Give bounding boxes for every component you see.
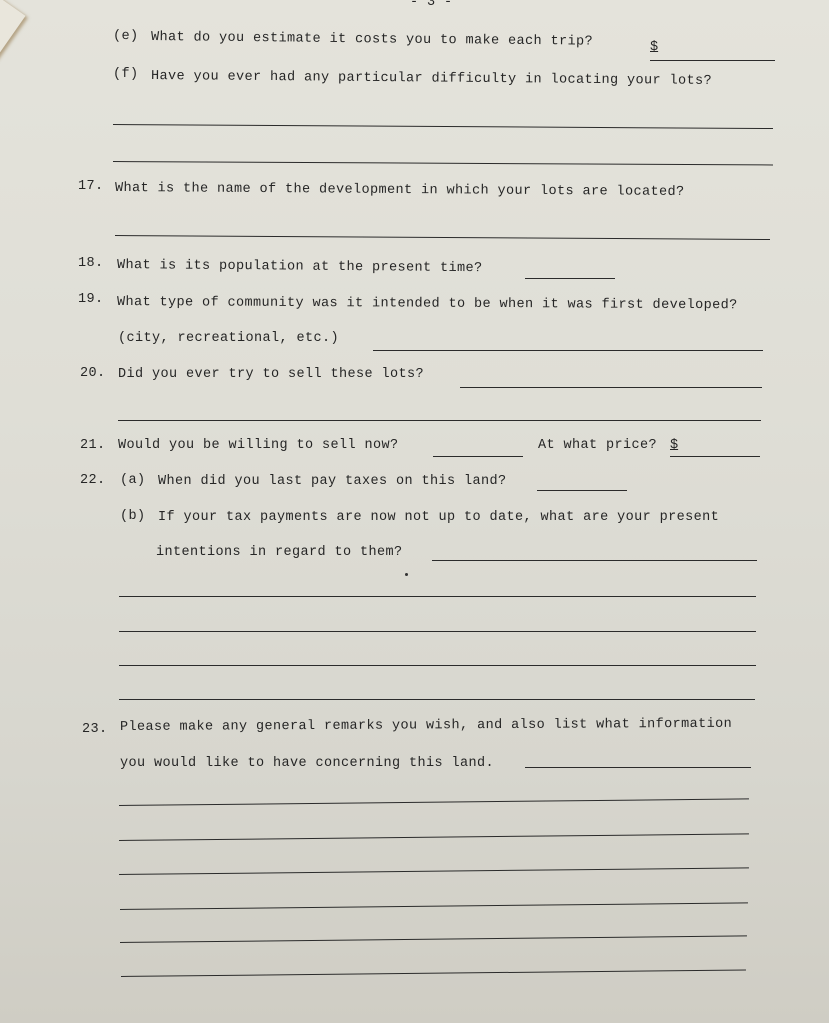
answer-19-community-type-field[interactable] [373,350,763,351]
ink-speck [405,573,408,576]
question-23-number: 23. [82,722,108,737]
question-22a-text: When did you last pay taxes on this land… [158,474,507,489]
answer-23-line-7[interactable] [121,969,746,977]
answer-16e-cost-field[interactable] [650,60,775,61]
answer-22a-tax-date-field[interactable] [537,490,627,491]
answer-16f-line-1[interactable] [113,124,773,129]
question-22b-text: If your tax payments are now not up to d… [158,510,719,525]
answer-22b-line-4[interactable] [119,665,756,666]
question-20-number: 20. [80,366,106,381]
question-23-text-continued: you would like to have concerning this l… [120,756,494,771]
question-16f-label: (f) [113,67,139,82]
answer-23-line-1[interactable] [525,767,751,768]
question-16e-label: (e) [113,29,139,44]
question-23-text: Please make any general remarks you wish… [120,717,732,735]
answer-22b-line-5[interactable] [119,699,755,700]
question-17-number: 17. [78,179,104,194]
question-17-text: What is the name of the development in w… [115,181,685,200]
answer-22b-line-2[interactable] [119,596,756,597]
question-20-text: Did you ever try to sell these lots? [118,367,424,382]
currency-symbol: $ [670,438,678,453]
question-16f-text: Have you ever had any particular difficu… [151,69,712,89]
page-number: - 3 - [410,0,453,10]
answer-21-price-field[interactable] [670,456,760,457]
question-19-number: 19. [78,292,104,307]
answer-23-line-3[interactable] [119,833,749,841]
answer-20-line-2[interactable] [118,420,761,421]
form-page: - 3 - (e) What do you estimate it costs … [0,0,829,1023]
question-18-number: 18. [78,256,104,271]
answer-23-line-4[interactable] [119,867,749,875]
answer-23-line-6[interactable] [120,935,747,943]
answer-23-line-5[interactable] [120,902,748,910]
question-21-number: 21. [80,438,106,453]
answer-16f-line-2[interactable] [113,161,773,165]
answer-22b-line-3[interactable] [119,631,756,632]
question-21-text: Would you be willing to sell now? [118,438,399,453]
question-21-price-label: At what price? [538,438,657,453]
currency-symbol: $ [650,40,658,55]
answer-20-line-1[interactable] [460,387,762,388]
question-22a-label: (a) [120,473,146,488]
question-16e-text: What do you estimate it costs you to mak… [151,30,593,50]
page-corner-fold [0,0,26,106]
answer-21-willing-field[interactable] [433,456,523,457]
question-22b-text-continued: intentions in regard to them? [156,545,403,560]
answer-23-line-2[interactable] [119,798,749,806]
question-22-number: 22. [80,473,106,488]
question-18-text: What is its population at the present ti… [117,258,483,276]
answer-22b-line-1[interactable] [432,560,757,561]
answer-17-development-name-field[interactable] [115,235,770,240]
answer-18-population-field[interactable] [525,278,615,279]
question-19-text: What type of community was it intended t… [117,295,738,313]
question-19-text-continued: (city, recreational, etc.) [118,331,339,346]
question-22b-label: (b) [120,509,146,524]
